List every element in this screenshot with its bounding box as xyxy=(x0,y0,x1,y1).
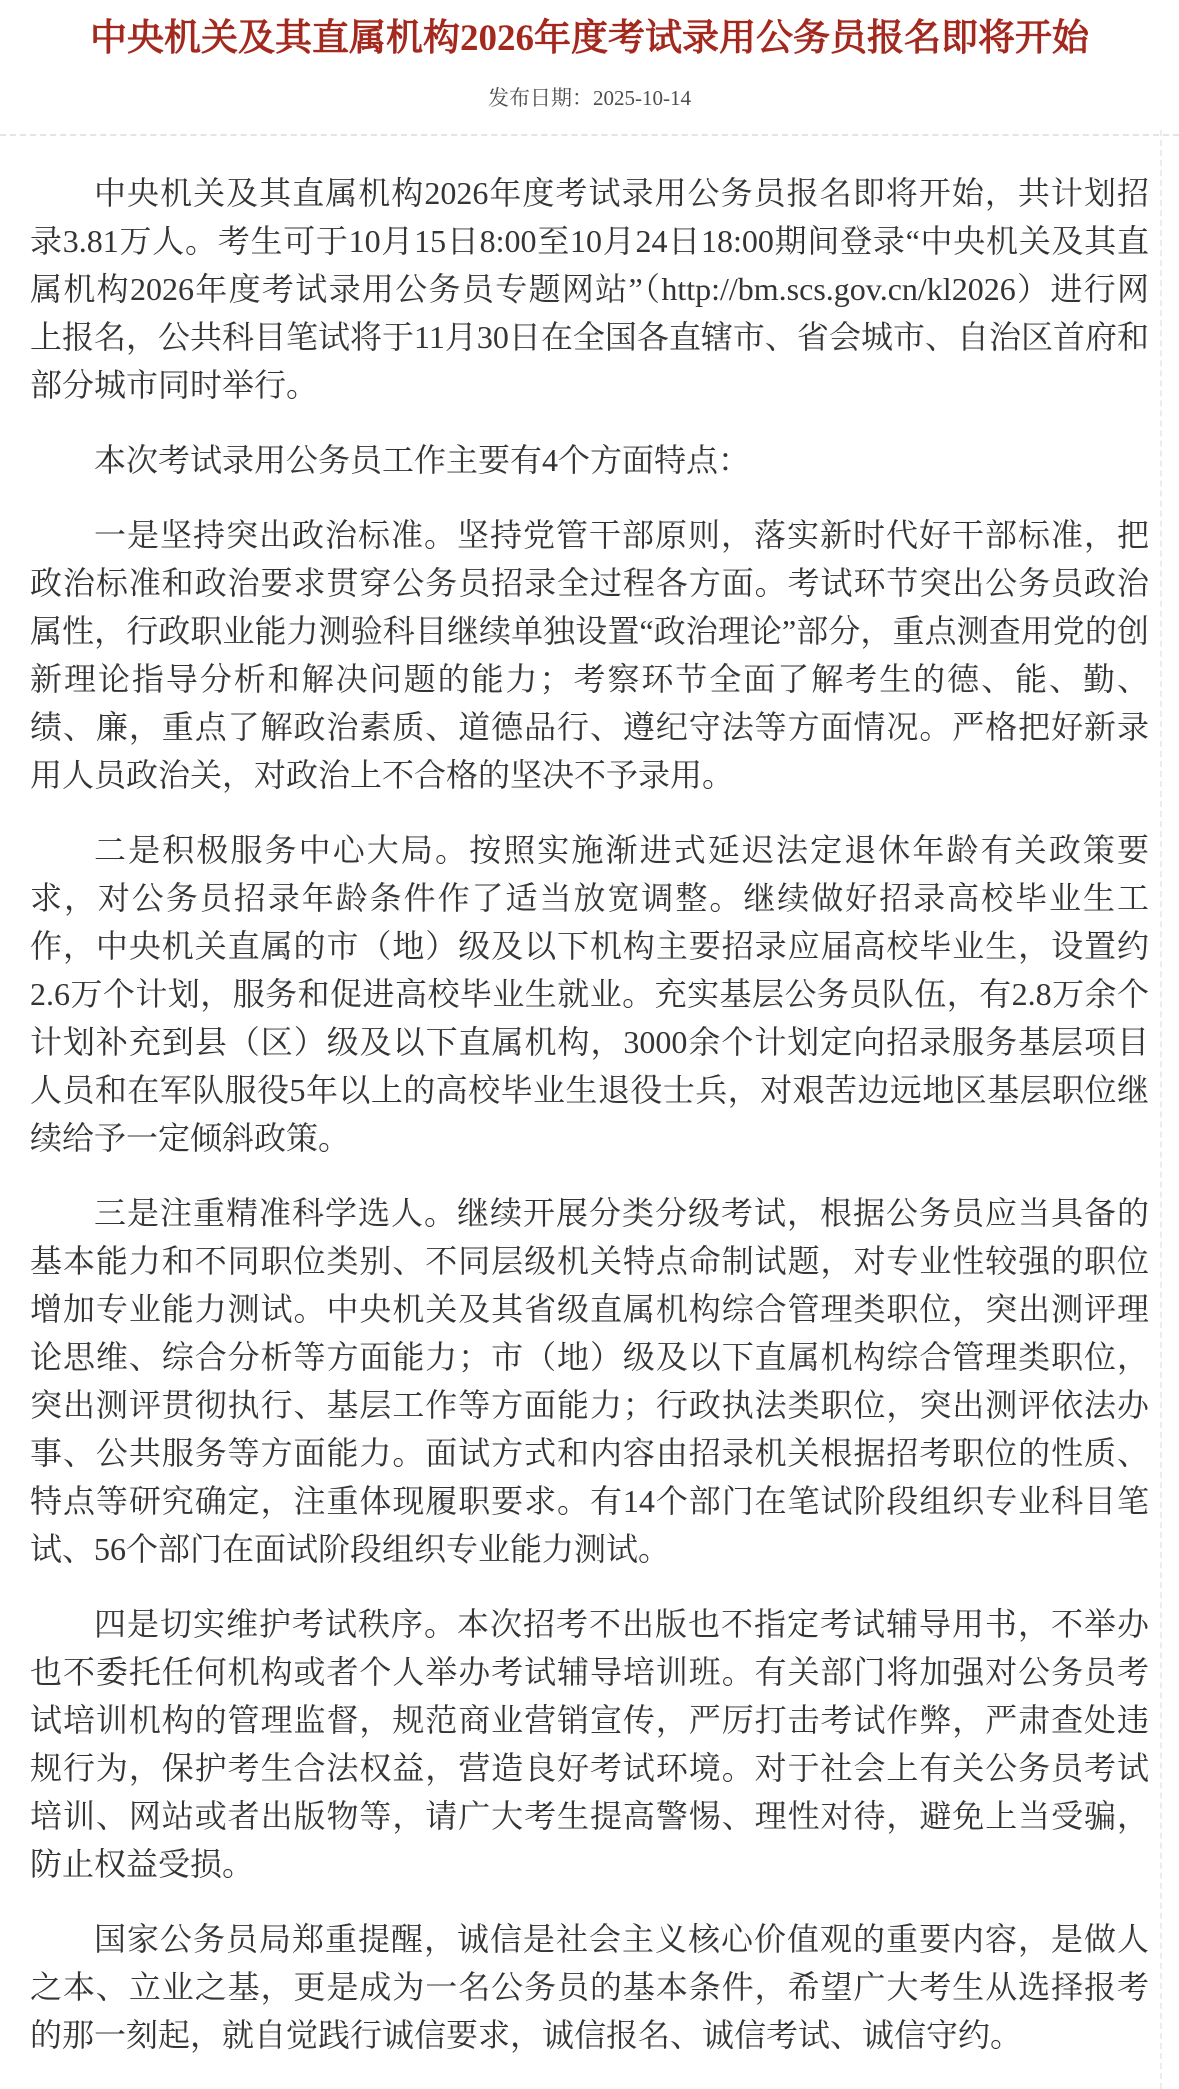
publish-date-label: 发布日期： xyxy=(488,86,593,110)
article-body: 中央机关及其直属机构2026年度考试录用公务员报名即将开始，共计划招录3.81万… xyxy=(0,136,1179,2089)
paragraph: 国家公务员局郑重提醒，诚信是社会主义核心价值观的重要内容，是做人之本、立业之基，… xyxy=(30,1915,1149,2059)
article-page: 中央机关及其直属机构2026年度考试录用公务员报名即将开始 发布日期：2025-… xyxy=(0,0,1179,2089)
publish-date: 发布日期：2025-10-14 xyxy=(60,82,1119,112)
paragraph: 本次考试录用公务员工作主要有4个方面特点： xyxy=(30,436,1149,484)
publish-date-value: 2025-10-14 xyxy=(593,86,691,110)
article-header: 中央机关及其直属机构2026年度考试录用公务员报名即将开始 发布日期：2025-… xyxy=(0,0,1179,112)
paragraph: 三是注重精准科学选人。继续开展分类分级考试，根据公务员应当具备的基本能力和不同职… xyxy=(30,1189,1149,1573)
paragraph: 四是切实维护考试秩序。本次招考不出版也不指定考试辅导用书，不举办也不委托任何机构… xyxy=(30,1600,1149,1888)
paragraph: 一是坚持突出政治标准。坚持党管干部原则，落实新时代好干部标准，把政治标准和政治要… xyxy=(30,511,1149,799)
content-right-border xyxy=(1160,130,1162,2089)
paragraph: 中央机关及其直属机构2026年度考试录用公务员报名即将开始，共计划招录3.81万… xyxy=(30,169,1149,409)
page-title: 中央机关及其直属机构2026年度考试录用公务员报名即将开始 xyxy=(60,16,1119,62)
paragraph: 二是积极服务中心大局。按照实施渐进式延迟法定退休年龄有关政策要求，对公务员招录年… xyxy=(30,826,1149,1162)
